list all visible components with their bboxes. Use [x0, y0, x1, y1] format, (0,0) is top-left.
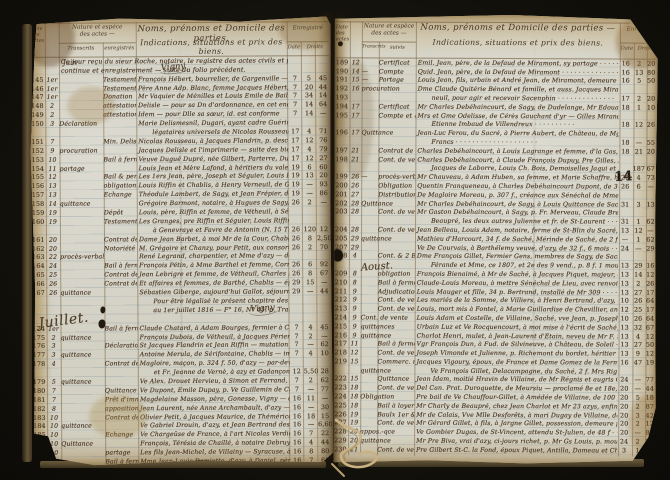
cell-cx: neuil, pour agir et recevoir Sacenphin ·…	[416, 95, 619, 103]
cell-ct: Cont. de vente	[378, 297, 415, 304]
ledger-row: 22318Cont. de venteDel Can. Prat. Duroqu…	[332, 383, 655, 393]
cell-ca: 19	[289, 182, 303, 189]
cell-cc: 77	[644, 377, 655, 384]
cell-ct: obligation	[378, 270, 415, 277]
worn-corner	[616, 17, 664, 69]
cell-ca: 17	[619, 96, 633, 103]
cell-ca: 26	[618, 183, 632, 190]
cell-ca: 17	[288, 146, 302, 153]
cell-cx: Mr Charles Debéhaincourt, de Sagy, à Lou…	[415, 200, 618, 208]
cell-cc: 67	[645, 324, 656, 331]
cell-cx: Jean Lebrigre et femme, de Vétheuil, Cha…	[137, 271, 289, 279]
cell-cx: Beaupré, les deux autres Julienne et fr.…	[415, 218, 618, 226]
cell-cc: 20	[646, 96, 657, 103]
ledger-row: 20328Cont. de venteMr Gaston Debéhaincou…	[333, 207, 656, 217]
cell-cn: 183	[31, 414, 47, 421]
cell-ca: 26	[289, 262, 303, 269]
cell-cd: 4	[47, 361, 61, 368]
cell-cx: Claude Chatard, à Adam Bourges, fermier …	[138, 324, 290, 332]
cell-ca: 26	[289, 226, 303, 233]
cell-cx: Dame Jean Barbet, à moi Mr de la Cour, C…	[137, 235, 289, 243]
cell-cb: 47	[631, 359, 644, 366]
cell-cb: 21	[632, 148, 645, 155]
cell-ca: 16	[290, 431, 304, 438]
cell-cx: Charles Debéhaincourt, à Louis Lagrange …	[415, 147, 618, 155]
cell-cx: Louis Riffin et Chablis, à Henry Verneui…	[137, 182, 289, 190]
cell-cx: Mr Chauveau, à Adam Huben, sa femme, et …	[415, 174, 618, 182]
cell-cx: Quentin Franqueneau, à Charles Debéhainc…	[415, 183, 618, 191]
cell-cx: et Fr. Jeanne de Vernè, à azy et Gadanço…	[138, 368, 290, 376]
cell-cx: légataires universels de Nicolas Roussea…	[136, 128, 288, 136]
cell-cb: —	[631, 386, 644, 393]
cell-cb: 13	[303, 173, 317, 180]
cell-cc: 12	[644, 351, 655, 358]
cell-ca: 7	[288, 93, 302, 100]
cell-ct: Bail & pension	[104, 174, 137, 181]
cell-ct: Quittance	[105, 387, 138, 394]
cell-cb: 4	[304, 439, 318, 446]
cell-ct: procès-verbal	[378, 174, 415, 181]
cell-ct: Distribution	[378, 191, 415, 198]
cell-ct: Bail à ferme	[378, 341, 415, 348]
cell-cb: 25	[632, 307, 645, 314]
cell-cd: 7	[45, 139, 59, 146]
cell-cb: —	[304, 422, 318, 429]
cell-cx: Idem — pour Dlle sa sœur, id. est confor…	[136, 111, 288, 119]
cell-cx: Ve De Courvais, à Barthélemy veuve, d'az…	[415, 244, 618, 252]
cell-ca: 17	[288, 155, 302, 162]
cell-cd: 1er	[45, 76, 59, 83]
cell-cm: quittance	[61, 334, 105, 341]
cell-cd: 11	[349, 341, 361, 348]
cell-ct: Bail à ferme	[105, 325, 138, 332]
cell-cx: Jean Laurent, née Anne Archambault, d'az…	[138, 404, 290, 412]
cell-cx: Les mariés de la Somme, de Villiers, à H…	[415, 297, 618, 305]
cell-cb: —	[631, 377, 644, 384]
cell-cb: —	[632, 245, 645, 252]
cell-cm: quittance	[61, 352, 105, 359]
cell-cd: 29	[349, 235, 361, 242]
cell-ct: Testaments	[104, 218, 137, 225]
cell-ca: 16	[290, 404, 304, 411]
cell-cx: à Genevraye et Favre de Antonin (N. 15 T…	[137, 226, 289, 234]
ledger-rows-right: 18912CertificatÉmil. Jean, père, de la D…	[332, 57, 657, 454]
cell-cd: 1er	[45, 85, 59, 92]
cell-cm: Obligation	[360, 393, 377, 400]
cell-cd: 2	[45, 112, 59, 119]
cell-ca: 20	[617, 403, 631, 410]
cell-cn: 160	[30, 219, 46, 226]
cell-cd: 13	[46, 183, 60, 190]
cell-ca: 31	[618, 219, 632, 226]
cell-cn: 157	[30, 192, 46, 199]
cell-cx: Pre bail de Ve Chauffour-Gillet, à Amédé…	[414, 394, 617, 402]
cell-ca: 19	[289, 191, 303, 198]
cell-ca: 7	[288, 75, 302, 82]
cell-cm: quittance	[361, 332, 378, 339]
cell-cn: 152	[29, 148, 45, 155]
cell-cb: 1	[632, 236, 645, 243]
cell-cc: 19	[644, 360, 655, 367]
cell-cd: 12	[46, 174, 60, 181]
cell-cx: Les fils Jean-Michel, de Villainy — Syra…	[138, 448, 290, 456]
cell-ca: 16	[290, 395, 304, 402]
cell-cb: —	[303, 190, 317, 197]
cell-cx: Émil. Jean, père, de la Defaud de Miramo…	[416, 59, 619, 67]
ledger-row: 18912CertificatÉmil. Jean, père, de la D…	[334, 57, 657, 67]
cell-cx: Louis Jean, fils, urbain et André Jean, …	[416, 77, 619, 85]
ledger-row: 22215QuittanceJean Idam, moitié Hravin d…	[332, 374, 655, 384]
cell-ca: 16	[290, 439, 304, 446]
paper-stain	[67, 86, 115, 124]
cell-cb: 32	[632, 324, 645, 331]
cell-cx: Mathieu d'Harcourt, 34 f. de Saché, Méri…	[415, 235, 618, 243]
cell-ca: 18	[618, 122, 632, 129]
cell-cx: Étienne Imbaud de Villendreux · · · · · …	[415, 121, 618, 129]
cell-ca: 16	[617, 359, 631, 366]
ledger-row: 2169quittanceCharlot Henri, mulet, à Jea…	[333, 330, 656, 340]
cell-cm: quittance	[60, 201, 104, 208]
ledger-row: quittanceVe François Gillet, Delacampagn…	[332, 365, 655, 375]
cell-cd: 14	[46, 201, 60, 208]
cell-cc: —	[645, 184, 656, 191]
ledger-page-left: Datedesactes Nature et espècedes actes —…	[29, 15, 334, 467]
cell-cd: 3	[47, 343, 61, 350]
cell-cb: 4	[302, 146, 316, 153]
cell-ca: 13	[618, 324, 632, 331]
cell-cx: Jacques de Laborre, Louis Ch. Bois, Demo…	[415, 165, 618, 173]
cell-cx: Théodule Lambert, de Sagy, et Jean Frépi…	[137, 191, 289, 199]
cell-cn: 163	[30, 254, 46, 261]
cell-ct: Commerc. née	[377, 358, 414, 365]
cell-cd: 13	[46, 192, 60, 199]
cell-cd: 22	[46, 254, 60, 261]
cell-cb: —	[304, 404, 318, 411]
cell-cd: 28	[349, 226, 361, 233]
cell-cn: 180	[31, 388, 47, 395]
binding-thread	[330, 418, 404, 478]
cell-cb: 12	[632, 122, 645, 129]
cell-cx: Louis, père, Riffin et femme, de Vétheui…	[137, 208, 289, 216]
cell-ca: 7	[288, 84, 302, 91]
cell-ca: 13	[618, 263, 632, 270]
cell-cx: Louis Adam et Costelle, de Villaine, Sac…	[415, 315, 618, 323]
cell-cn: 155	[30, 174, 46, 181]
cell-cm: procuration	[59, 147, 103, 154]
ledger-row: 20228QuittanceMr Charles Debéhaincourt, …	[333, 198, 656, 208]
cell-cd: 18	[348, 385, 360, 392]
cell-cc: 26	[645, 122, 656, 129]
cell-cx: Urbain Luz et Ve Rocquencourt, à moi mis…	[415, 323, 618, 331]
cell-cd: 9	[349, 323, 361, 330]
cell-ca: 16	[290, 422, 304, 429]
cell-cc: 44	[644, 386, 655, 393]
cell-cd: 26	[46, 281, 60, 288]
ledger-row: 2149Cont. de venteLouis Adam et Costelle…	[333, 312, 656, 322]
cell-ct: Cont. de vente	[377, 385, 414, 392]
cell-ca: 17	[288, 137, 302, 144]
cell-cx: Et affaires et femmes, de Barthé, Chabli…	[137, 279, 289, 287]
cell-cx: Jacques Delisle et l'imprimerie — suite …	[136, 146, 288, 154]
cell-cd: 10	[47, 423, 61, 430]
cell-cb: 4	[304, 350, 318, 357]
cell-cb: —	[304, 386, 318, 393]
cell-cx: Ve Gabriel Drouin, d'azy, et Jean Bertra…	[138, 422, 290, 430]
cell-ca: 10	[618, 315, 632, 322]
cell-cd: 12	[348, 349, 360, 356]
cell-cn: 176	[31, 343, 47, 350]
cell-cx: Jean Belleau, Louis Adam, notaire, ferme…	[415, 227, 618, 235]
cell-ca: 26	[289, 235, 303, 242]
cell-cd: 29	[349, 244, 361, 251]
cell-ca: 18	[618, 140, 632, 147]
cell-cx: Olivier Petit, à Jacques Maurice, de Thé…	[138, 413, 290, 421]
cell-cc: 64	[645, 316, 656, 323]
cell-ca: 12	[290, 368, 304, 375]
cell-ct: Testament	[103, 76, 136, 83]
cell-cb: 20	[302, 84, 316, 91]
cell-cc: 64	[645, 298, 656, 305]
cell-cc: 16	[645, 263, 656, 270]
cell-cd: 18	[348, 393, 360, 400]
cell-cd: 9	[349, 314, 361, 321]
cell-ct: Déclaration	[105, 343, 138, 350]
cell-cc: 20	[645, 148, 656, 155]
cell-cb: 8	[303, 235, 317, 242]
cell-ca: 17	[288, 128, 302, 135]
cell-cc: 80	[646, 69, 657, 76]
cell-ca: 13	[618, 271, 632, 278]
cell-cd: 3	[45, 121, 59, 128]
cell-ca: 19	[289, 173, 303, 180]
cell-cd: 7	[47, 396, 61, 403]
cell-cd: 19	[46, 219, 60, 226]
cell-ct: Cont. de vente	[378, 226, 415, 233]
cell-cm: quittance	[61, 378, 105, 385]
cell-cc: 67	[645, 166, 656, 173]
cell-cn: 187	[31, 450, 47, 457]
cell-cx: Charles Debéhaincourt, à Claude François…	[415, 156, 618, 164]
cell-cb: 5,50	[304, 368, 318, 375]
cell-cb: 26	[632, 298, 645, 305]
cell-cb: 13	[633, 69, 646, 76]
cell-cx: De Magloire Moreau, p. 307 f., créance a…	[415, 191, 618, 199]
cell-ca: 7	[290, 342, 304, 349]
cell-ca: 29	[289, 288, 303, 295]
cell-ca: 12	[618, 307, 632, 314]
cell-cx: Jacques Vigoury, époux, de France et Dam…	[414, 359, 617, 367]
ledger-row: 19721Contrat de venteCharles Debéhaincou…	[333, 145, 656, 155]
cell-ca: 18	[618, 148, 632, 155]
cell-ca: 26	[289, 271, 303, 278]
cell-cb: 29	[632, 263, 645, 270]
cell-cb: 6	[303, 164, 317, 171]
cell-ct: Contrat de vente	[378, 147, 415, 154]
cell-cx: Vgr François Dun, à Fud. de Silvineuve, …	[415, 341, 618, 349]
cell-cn: 151	[29, 139, 45, 146]
cell-cb: 187	[632, 166, 645, 173]
cell-ca: 3	[617, 447, 631, 454]
header-nature-title: Nature et espècedes actes —	[362, 23, 416, 37]
cell-cx: Magdelaine Masson, père, Gonesse, Vigny …	[138, 395, 290, 403]
cell-cb: 4	[304, 324, 318, 331]
cell-cn: 178	[31, 361, 47, 368]
cell-cx: Dme Claude Quitérie Bénard et famille, e…	[416, 86, 619, 94]
ledger-row: 20428Cont. de venteJean Belleau, Louis A…	[333, 224, 656, 234]
cell-cx: Mr Pre Biva, vrai d'azy, ci-jours richet…	[414, 438, 617, 446]
cell-ca: 24	[617, 377, 631, 384]
cell-ca: 13	[618, 280, 632, 287]
cell-cd: 10	[45, 156, 59, 163]
ledger-row: 19617QuittanceJean-Luc Ferou, du Sacré, …	[333, 128, 656, 138]
cell-cn: 154	[30, 165, 46, 172]
cell-cd: 24	[46, 263, 60, 270]
cell-ct: Cont. de vente	[378, 209, 415, 216]
worn-corner	[628, 395, 668, 455]
cell-cb: —	[632, 140, 645, 147]
cell-cb: 2	[632, 280, 645, 287]
cell-cx: Sébastien Giberge, aujourd'hui Gallot, s…	[137, 288, 289, 296]
cell-cn: 185	[31, 432, 47, 439]
cell-cn: 159	[30, 210, 46, 217]
cell-cx: Louis Mauger et fille, 34 p. Bertrand, i…	[415, 288, 618, 296]
ledger-row: 19216procurationDme Claude Quitérie Béna…	[334, 84, 657, 94]
cell-ct: Partage	[379, 77, 416, 84]
cell-cn: 165	[30, 272, 46, 279]
cell-cx: Mr Gérard Gillet, à fils, à Jargne Gille…	[414, 420, 617, 428]
cell-ca: 31	[618, 201, 632, 208]
cell-cx: Jean-Luc Ferou, du Sacré, à Pierre Auber…	[415, 130, 618, 138]
cell-ct: Cont. de vente	[377, 350, 414, 357]
cell-cd: 7	[47, 388, 61, 395]
cell-cd: 9	[349, 332, 361, 339]
cell-cd: 10	[47, 432, 61, 439]
ledger-row: 2159quittancesUrbain Luz et Ve Rocquenco…	[333, 321, 656, 331]
cell-cd: 9	[349, 288, 361, 295]
cell-ct: Contrat de vente	[104, 236, 137, 243]
cell-cb: 14	[632, 272, 645, 279]
cell-cx: Pre Gilbert St-C. la Fond, époux Piquet,…	[414, 447, 617, 455]
cell-ct: Compte et qce	[379, 112, 416, 119]
cell-ct: Bail à loyer	[377, 402, 414, 409]
cell-cb: —	[304, 342, 318, 349]
cell-cx: François Hébert, bourrelier, de Gargenvi…	[136, 75, 288, 83]
ledger-row: 2119AdjudicationLouis Mauger et fille, 3…	[333, 286, 656, 296]
ledger-row: 19014—CompteQuid. Jean, père, de la Defa…	[334, 66, 657, 76]
cell-cc: 50	[646, 78, 657, 85]
cell-cc: —	[645, 228, 656, 235]
cell-cn: 167	[30, 290, 46, 297]
cell-cn: 184	[31, 423, 47, 430]
cell-cx: Louis, mort mis à Fontel, à Marie Guilla…	[415, 306, 618, 314]
cell-cb: 2	[303, 199, 317, 206]
cell-cx: Francs · · · · · · · · · · · · · · · · ·…	[415, 139, 618, 147]
cell-cb: 6	[303, 262, 317, 269]
cell-cx: Nicolas Rousseau, à Jacques Flandrin, p.…	[136, 137, 288, 145]
cell-cx: Ve Gombier Dugas, de St-Vincent, attendu…	[414, 429, 617, 437]
cell-ct: partage	[105, 449, 138, 456]
cell-cx: René Legrand, charpentier, et Mme d'azy …	[137, 253, 289, 261]
cell-ct: Cont. & 2 Baulx	[378, 253, 415, 260]
cell-ca: 16	[290, 413, 304, 420]
cell-cx: Louis Jean et Mère Lafond, à héritiers d…	[137, 164, 289, 172]
cell-cn: 161	[30, 237, 46, 244]
header-main-line1: Noms, prénoms et Domicile des parties —	[416, 23, 620, 34]
cell-ca: 7	[288, 102, 302, 109]
cell-cb: 3	[632, 201, 645, 208]
cell-cd: 28	[349, 209, 361, 216]
cell-cx: Quid. Jean, père, de la Defaud de Miramo…	[416, 68, 619, 76]
cell-ca: 20	[617, 386, 631, 393]
cell-ca: 26	[618, 175, 632, 182]
cell-cd: 2	[45, 103, 59, 110]
cell-cd: 27	[349, 191, 361, 198]
cell-ca: —	[618, 236, 632, 243]
cell-cd: 8	[47, 405, 61, 412]
ledger-row: 19517Compte et qceMrs et Gme Odelisse, d…	[334, 110, 657, 120]
cell-ca: 24	[617, 439, 631, 446]
cell-cd: 5	[47, 379, 61, 386]
cell-cm: procès-verbal	[60, 254, 104, 261]
cell-cd: 2	[47, 334, 61, 341]
cell-cn: 186	[31, 441, 47, 448]
cell-ct: Adjudication	[378, 288, 415, 295]
cell-cd: 9	[349, 305, 361, 312]
cell-cb: 7	[304, 430, 318, 437]
cell-cn: 174	[31, 325, 47, 332]
ledger-page-right: Datedesactes Nature et espècedes actes —…	[332, 13, 658, 466]
cell-cb: 5	[633, 78, 646, 85]
cell-cb: 27	[632, 289, 645, 296]
cell-cx: Pour être légalisé le présent chapitre d…	[137, 297, 289, 305]
cell-ct: Min. Delisle	[103, 138, 136, 145]
cell-cb: 8	[304, 448, 318, 455]
cell-cx: Claude-Louis Moreau, à mettre Sénéchal d…	[415, 279, 618, 287]
cell-cb: 14	[302, 102, 316, 109]
cell-cx: St Jacques Flandrin et Jean Riffin — mut…	[138, 342, 290, 350]
cell-cd: 15	[348, 358, 360, 365]
cell-cx: Dme François Gillet, Fermier Gens, membr…	[415, 253, 618, 261]
cell-cx: Les Granges, pre Riffin et Séguier, Loui…	[137, 217, 289, 225]
ledger-row: 22518Bail à loyerMr Charly de Beaupré, c…	[332, 400, 655, 410]
manuscript-scan: { "colors": { "background": "#14120c", "…	[0, 0, 670, 480]
cell-cb: 6	[632, 184, 645, 191]
ledger-row: 2139Cont. de venteLouis, mort mis à Font…	[333, 304, 656, 314]
cell-cm: quittance	[60, 290, 104, 297]
cell-ct: Contrat de vente	[105, 360, 138, 367]
cell-cx: Delisle — pour sa Dn d'ordonnance, en ce…	[136, 102, 288, 110]
cell-cn: 177	[31, 352, 47, 359]
cell-cx: au 1er juillet 1816 — F° 16, N° 45, p. T…	[137, 306, 289, 314]
cell-ct: Notoriété	[104, 245, 137, 252]
cell-ca: 26	[289, 244, 303, 251]
cell-cd: 3	[47, 352, 61, 359]
ledger-row: 21915Commerc. néeJacques Vigoury, époux,…	[332, 356, 655, 366]
cell-cb: 12	[632, 228, 645, 235]
cell-ca: 13	[618, 333, 632, 340]
ledger-row: 19115—PartageLouis Jean, fils, urbain et…	[334, 75, 657, 85]
ledger-row: 2129Cont. de venteLes mariés de la Somme…	[333, 295, 656, 305]
cell-cd: 9	[349, 297, 361, 304]
cell-cx: Ve Alex. Drouet Hervieu, à Simon et Ferr…	[138, 377, 290, 385]
cell-ca: 7	[290, 324, 304, 331]
cell-ca: 13	[617, 351, 631, 358]
cell-cd: 10	[47, 414, 61, 421]
cell-cb: 26	[632, 316, 645, 323]
cell-cd: 8	[349, 279, 361, 286]
cell-cd: 10	[47, 441, 61, 448]
cell-cb: 120	[303, 226, 317, 233]
